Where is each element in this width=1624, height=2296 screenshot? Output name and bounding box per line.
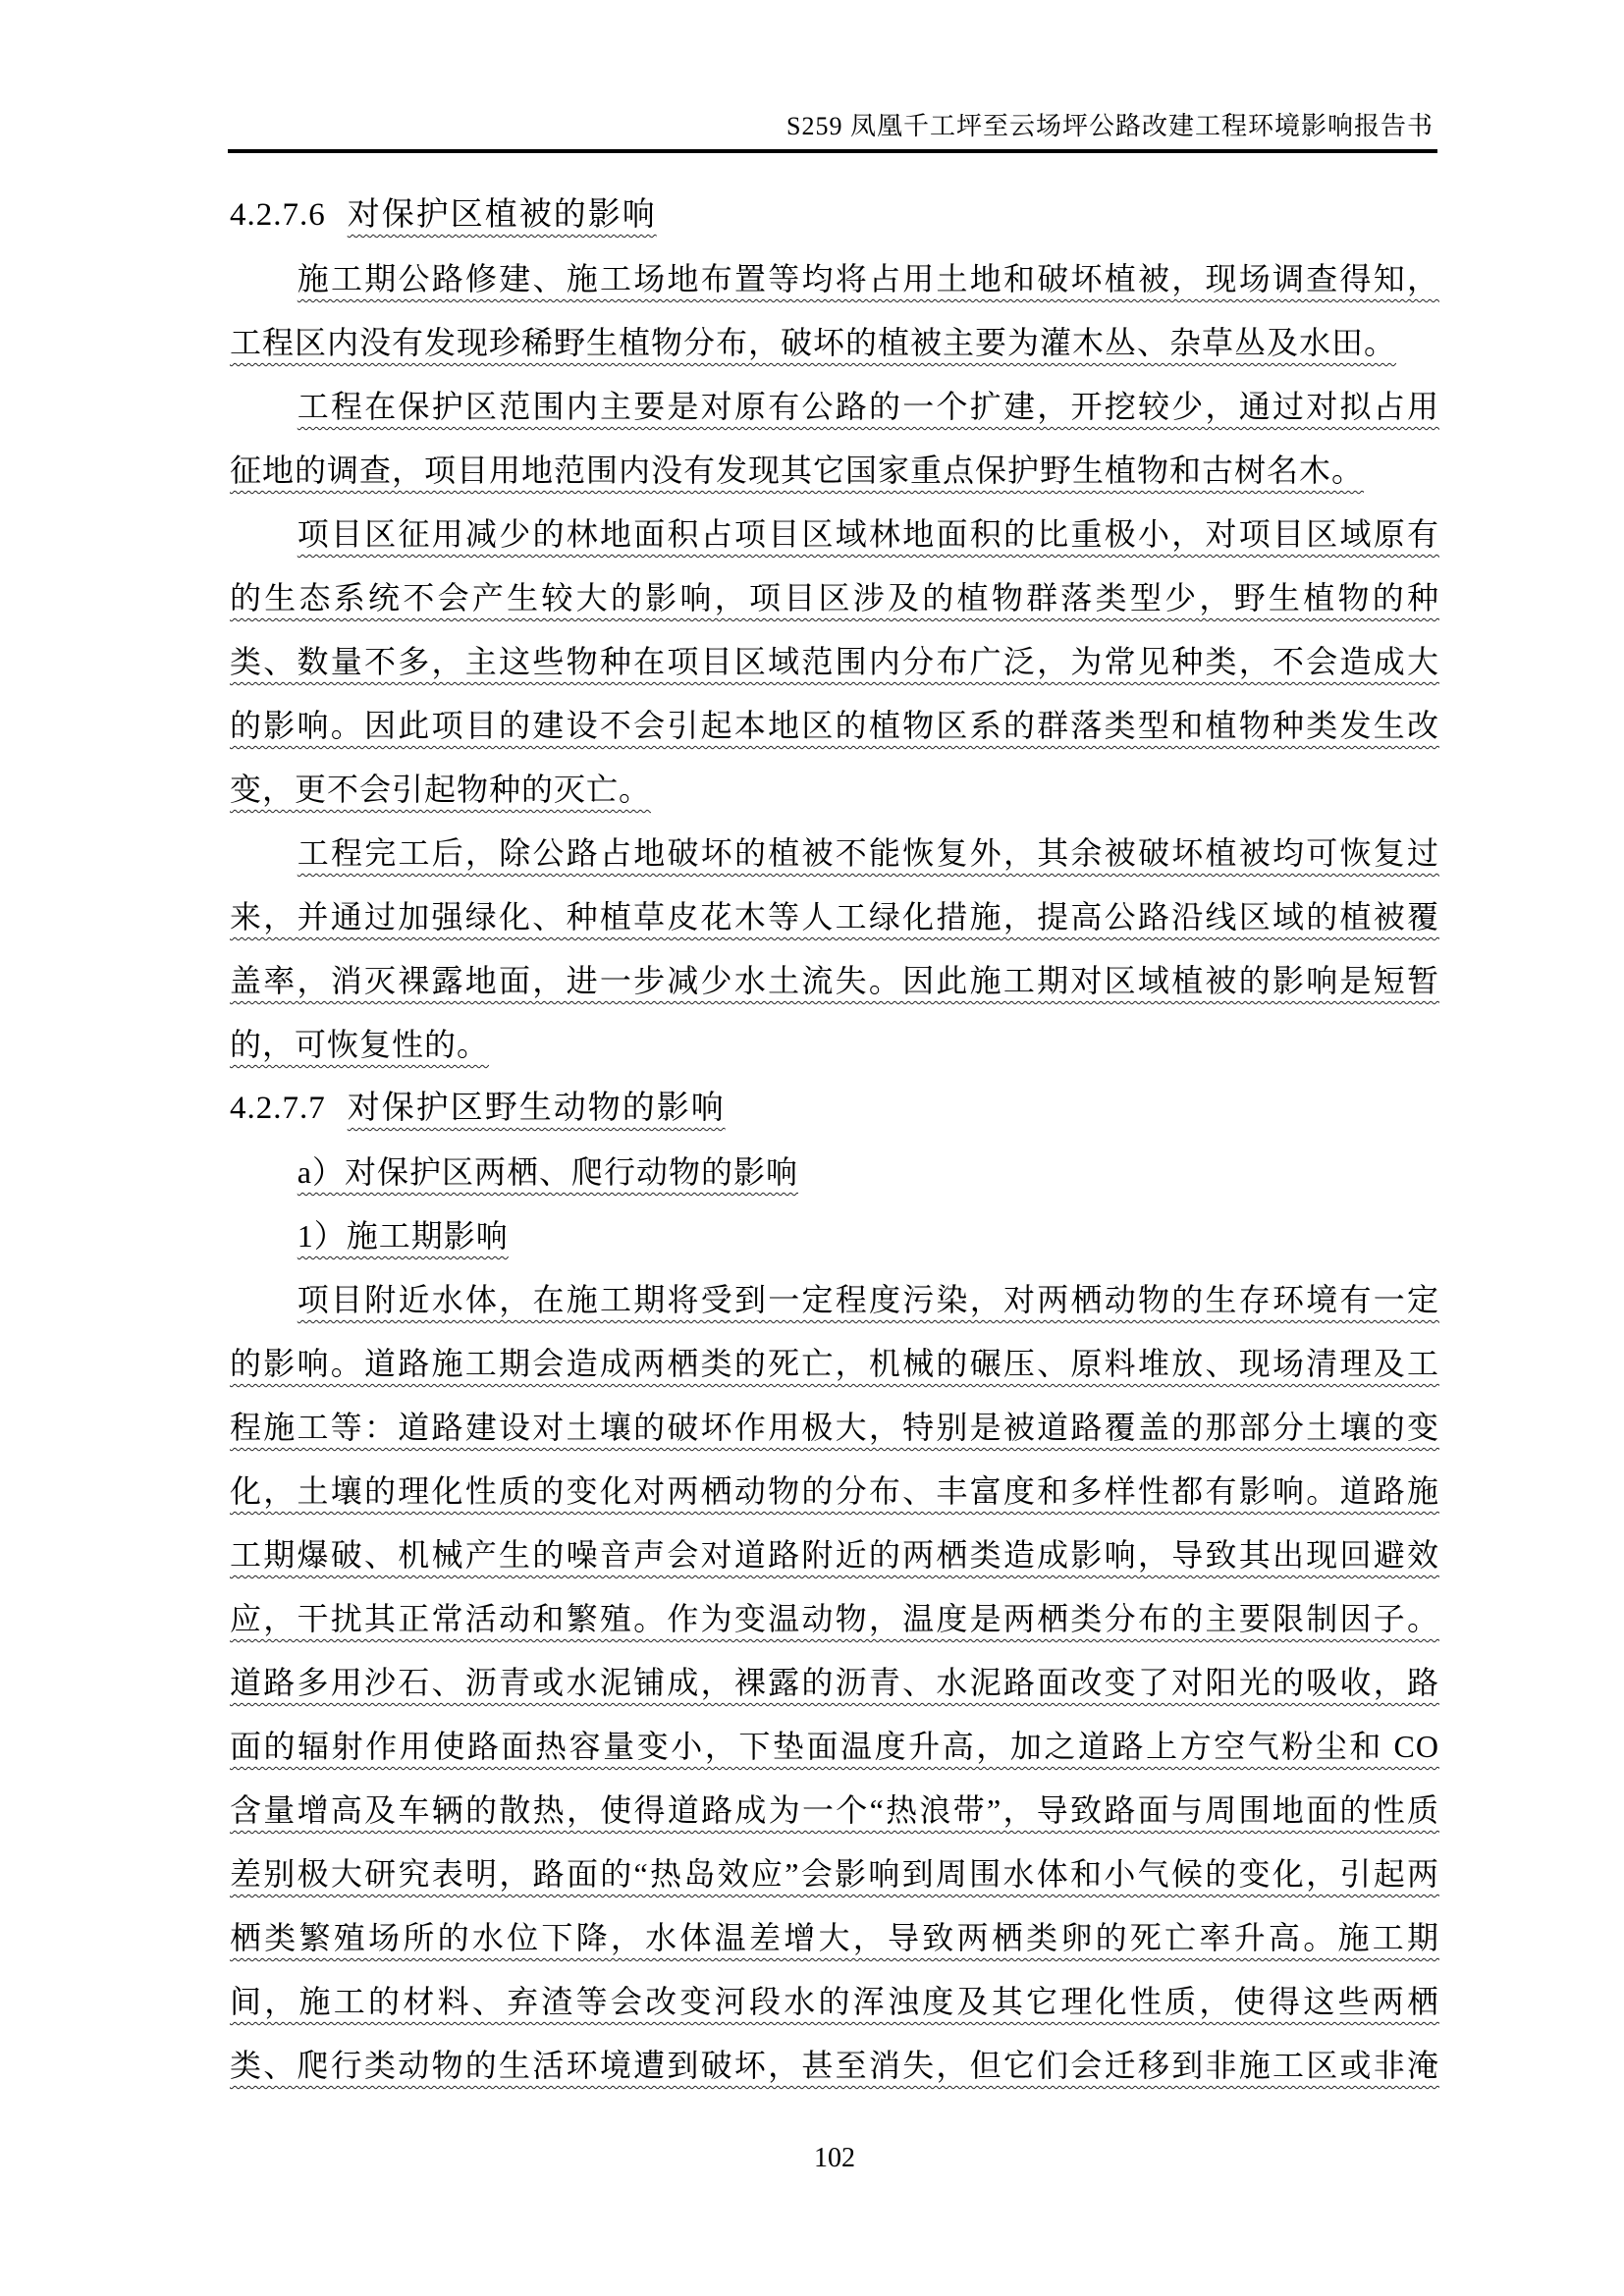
text-line: 差别极大研究表明，路面的“热岛效应”会影响到周围水体和小气候的变化，引起两	[230, 1842, 1439, 1906]
section-number: 4.2.7.7	[230, 1091, 326, 1126]
paragraph: 工程完工后，除公路占地破坏的植被不能恢复外，其余被破坏植被均可恢复过来，并通过加…	[230, 822, 1439, 1077]
section-title: 对保护区植被的影响	[348, 197, 657, 233]
text-line: 项目附近水体，在施工期将受到一定程度污染，对两栖动物的生存环境有一定	[230, 1268, 1439, 1332]
paragraph: 项目附近水体，在施工期将受到一定程度污染，对两栖动物的生存环境有一定的影响。道路…	[230, 1268, 1439, 2098]
text-line: 道路多用沙石、沥青或水泥铺成，裸露的沥青、水泥路面改变了对阳光的吸收，路	[230, 1651, 1439, 1715]
section-title: 对保护区野生动物的影响	[348, 1091, 726, 1126]
text-line: 工程完工后，除公路占地破坏的植被不能恢复外，其余被破坏植被均可恢复过	[230, 822, 1439, 885]
text-line: 的，可恢复性的。	[230, 1013, 1439, 1077]
text-line: 含量增高及车辆的散热，使得道路成为一个“热浪带”，导致路面与周围地面的性质	[230, 1779, 1439, 1842]
subheading-1: 1）施工期影响	[230, 1204, 1439, 1268]
text-line: 化，土壤的理化性质的变化对两栖动物的分布、丰富度和多样性都有影响。道路施	[230, 1460, 1439, 1523]
text-line: 间，施工的材料、弃渣等会改变河段水的浑浊度及其它理化性质，使得这些两栖	[230, 1970, 1439, 2034]
text-line: 类、爬行类动物的生活环境遭到破坏，甚至消失，但它们会迁移到非施工区或非淹	[230, 2034, 1439, 2098]
text-line: 变，更不会引起物种的灭亡。	[230, 758, 1439, 822]
section-number: 4.2.7.6	[230, 197, 326, 233]
section-heading-4-2-7-7: 4.2.7.7对保护区野生动物的影响	[230, 1077, 1439, 1141]
section-heading-4-2-7-6: 4.2.7.6对保护区植被的影响	[230, 184, 1439, 247]
text-line: 的生态系统不会产生较大的影响，项目区涉及的植物群落类型少，野生植物的种	[230, 566, 1439, 630]
text-line: 的影响。道路施工期会造成两栖类的死亡，机械的碾压、原料堆放、现场清理及工	[230, 1332, 1439, 1396]
text-line: 类、数量不多，主这些物种在项目区域范围内分布广泛，为常见种类，不会造成大	[230, 630, 1439, 694]
page-header-title: S259 凤凰千工坪至云场坪公路改建工程环境影响报告书	[786, 106, 1434, 142]
text-line: 的影响。因此项目的建设不会引起本地区的植物区系的群落类型和植物种类发生改	[230, 694, 1439, 758]
paragraph: 项目区征用减少的林地面积占项目区域林地面积的比重极小，对项目区域原有的生态系统不…	[230, 503, 1439, 822]
text-line: 征地的调查，项目用地范围内没有发现其它国家重点保护野生植物和古树名木。	[230, 439, 1439, 503]
paragraph: 施工期公路修建、施工场地布置等均将占用土地和破坏植被，现场调查得知，工程区内没有…	[230, 247, 1439, 375]
paragraph: 工程在保护区范围内主要是对原有公路的一个扩建，开挖较少，通过对拟占用征地的调查，…	[230, 375, 1439, 503]
text-line: 项目区征用减少的林地面积占项目区域林地面积的比重极小，对项目区域原有	[230, 503, 1439, 566]
text-line: 工程在保护区范围内主要是对原有公路的一个扩建，开挖较少，通过对拟占用	[230, 375, 1439, 439]
text-line: 工程区内没有发现珍稀野生植物分布，破坏的植被主要为灌木丛、杂草丛及水田。	[230, 311, 1439, 375]
text-line: 工期爆破、机械产生的噪音声会对道路附近的两栖类造成影响，导致其出现回避效	[230, 1523, 1439, 1587]
text-line: 程施工等：道路建设对土壤的破坏作用极大，特别是被道路覆盖的那部分土壤的变	[230, 1396, 1439, 1460]
text-line: 盖率，消灭裸露地面，进一步减少水土流失。因此施工期对区域植被的影响是短暂	[230, 949, 1439, 1013]
subheading-a: a）对保护区两栖、爬行动物的影响	[230, 1141, 1439, 1204]
text-line: 来，并通过加强绿化、种植草皮花木等人工绿化措施，提高公路沿线区域的植被覆	[230, 885, 1439, 949]
text-line: 栖类繁殖场所的水位下降，水体温差增大，导致两栖类卵的死亡率升高。施工期	[230, 1906, 1439, 1970]
text-line: 面的辐射作用使路面热容量变小，下垫面温度升高，加之道路上方空气粉尘和 CO	[230, 1715, 1439, 1779]
document-body: 4.2.7.6对保护区植被的影响 施工期公路修建、施工场地布置等均将占用土地和破…	[230, 184, 1439, 2098]
page-footer: 102	[230, 2143, 1439, 2174]
text-line: 应，干扰其正常活动和繁殖。作为变温动物，温度是两栖类分布的主要限制因子。	[230, 1587, 1439, 1651]
page-number: 102	[814, 2143, 855, 2173]
document-page: S259 凤凰千工坪至云场坪公路改建工程环境影响报告书 4.2.7.6对保护区植…	[0, 0, 1624, 2296]
text-line: 施工期公路修建、施工场地布置等均将占用土地和破坏植被，现场调查得知，	[230, 247, 1439, 311]
header-rule	[228, 149, 1437, 153]
